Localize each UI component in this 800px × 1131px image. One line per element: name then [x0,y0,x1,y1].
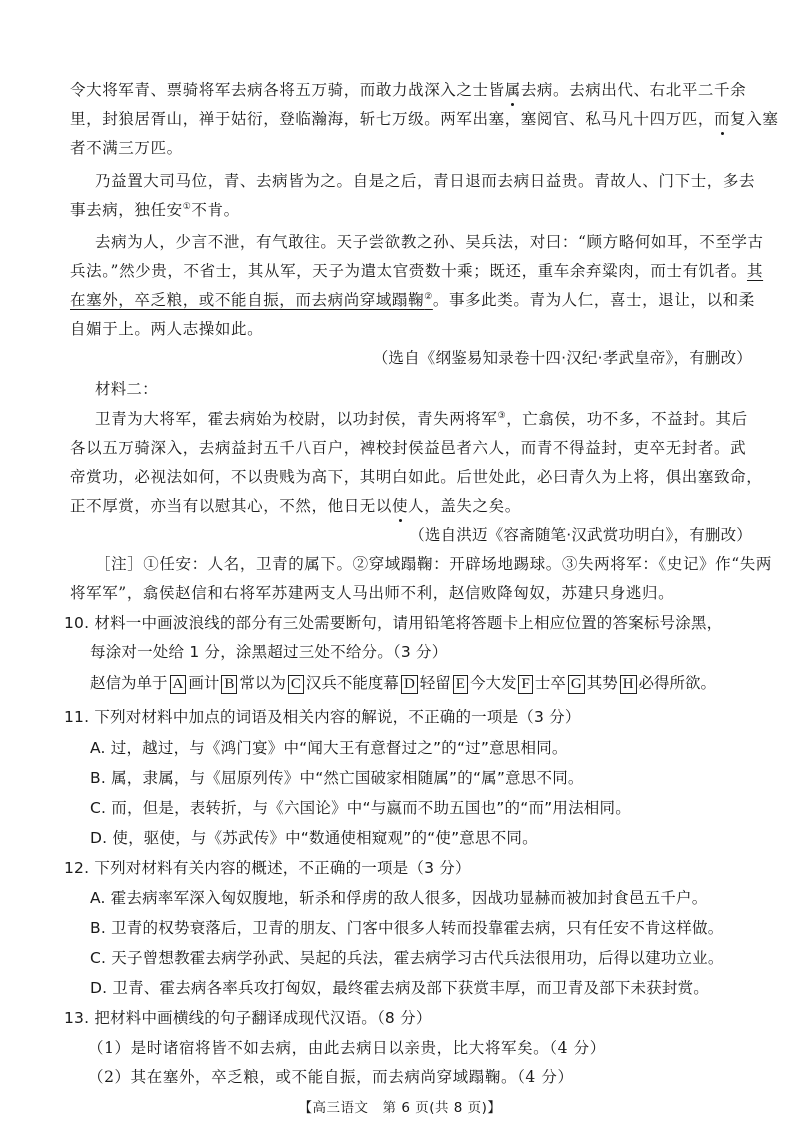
question-11-option-b[interactable]: B. 属，隶属，与《屈原列传》中“然亡国破家相随属”的“属”意思不同。 [90,767,760,789]
break-option-c[interactable]: C [288,675,304,694]
text-segment: 去病。去病出代、右北平二千余 [521,81,746,99]
dotted-word-shi: 使 [392,495,408,517]
text-segment: 人，盖失之矣。 [408,497,521,515]
text-segment: 事去病，独任安 [70,201,183,219]
text-segment: 画计 [188,674,219,692]
text-segment: 汉兵不能度幕 [306,674,399,692]
question-11-option-a[interactable]: A. 过，越过，与《鸿门宴》中“闻大王有意督过之”的“过”意思相同。 [90,737,760,759]
text-segment: 里，封狼居胥山，禅于姑衍，登临瀚海，斩七万级。两军出塞，塞阅官、私马凡十四万匹， [70,110,714,128]
text-segment: 复入塞 [730,110,778,128]
break-option-f[interactable]: F [518,675,532,694]
break-option-e[interactable]: E [453,675,468,694]
text-segment: 赵信为单于 [90,674,168,692]
text-segment: 兵法。”然少贵，不省士，其从军，天子为遣太官赍数十乘；既还，重车余弃粱肉，而士有… [70,262,747,280]
material-one-p3-line3: 在塞外，卒乏粮，或不能自振，而去病尚穿域蹋鞠②。事多此类。青为人仁，喜士，退让，… [70,289,750,311]
text-segment: 士卒 [535,674,566,692]
material-two-source: （选自洪迈《容斋随笔·汉武赏功明白》，有删改） [409,524,752,546]
material-one-p3-line1: 去病为人，少言不泄，有气敢往。天子尝欲教之孙、吴兵法，对曰：“顾方略何如耳，不至… [95,231,755,253]
text-segment: 必得所欲。 [639,674,717,692]
text-segment: 常以为 [239,674,286,692]
underlined-sentence-start: 其 [747,262,763,280]
break-option-a[interactable]: A [170,675,187,694]
question-12-stem: 12. 下列对材料有关内容的概述，不正确的一项是（3 分） [64,857,744,879]
text-segment: 令大将军青、票骑将军去病各将五万骑，而敢力战深入之士皆 [70,81,505,99]
material-one-source: （选自《纲鉴易知录卷十四·汉纪·孝武皇帝》，有删改） [373,347,752,369]
material-two-line3: 帝赏功，必视法如何，不以贵贱为高下，其明白如此。后世处此，必曰青久为上将，俱出塞… [70,466,750,488]
material-one-p3-line4: 自媚于上。两人志操如此。 [70,318,750,340]
material-two-heading: 材料二： [95,378,755,400]
material-one-p1-line2: 里，封狼居胥山，禅于姑衍，登临瀚海，斩七万级。两军出塞，塞阅官、私马凡十四万匹，… [70,108,750,130]
footnote-marker-2: ② [424,292,433,302]
question-10-sentence: 赵信为单于A画计B常以为C汉兵不能度幕D轻留E今大发F士卒G其势H必得所欲。 [90,672,760,694]
break-option-b[interactable]: B [221,675,237,694]
question-13-stem: 13. 把材料中画横线的句子翻译成现代汉语。（8 分） [64,1007,744,1029]
question-12-option-a[interactable]: A. 霍去病率军深入匈奴腹地，斩杀和俘虏的敌人很多，因战功显赫而被加封食邑五千户… [90,887,760,909]
question-10-stem-line2: 每涂对一处给 1 分，涂黑超过三处不给分。（3 分） [90,641,760,663]
underlined-sentence: 在塞外，卒乏粮，或不能自振，而去病尚穿域蹋鞠② [70,291,433,309]
question-12-option-c[interactable]: C. 天子曾想教霍去病学孙武、吴起的兵法，霍去病学习古代兵法很用功，后得以建功立… [90,947,760,969]
material-one-p1-line3: 者不满三万匹。 [70,137,750,159]
text-segment: 。事多此类。青为人仁，喜士，退让，以和柔 [433,291,755,309]
text-segment: 正不厚赏，亦当有以慰其心，不然，他日无以 [70,497,392,515]
material-two-line1: 卫青为大将军，霍去病始为校尉，以功封侯，青失两将军③，亡翕侯，功不多，不益封。其… [95,408,755,430]
material-two-line4: 正不厚赏，亦当有以慰其心，不然，他日无以使人，盖失之矣。 [70,495,750,517]
break-option-g[interactable]: G [568,675,585,694]
question-11-option-c[interactable]: C. 而，但是，表转折，与《六国论》中“与嬴而不助五国也”的“而”用法相同。 [90,797,760,819]
question-13-sentence-2: （2）其在塞外，卒乏粮，或不能自振，而去病尚穿域蹋鞠。（4 分） [88,1066,768,1088]
text-segment: 轻留 [420,674,451,692]
question-13-sentence-1: （1）是时诸宿将皆不如去病，由此去病日以亲贵，比大将军矣。（4 分） [88,1037,768,1059]
dotted-word-shu: 属 [505,79,521,101]
footnote-marker-3: ③ [498,411,507,421]
notes-line1: ［注］①任安：人名，卫青的属下。②穿域蹋鞠：开辟场地踢球。③失两将军：《史记》作… [95,553,755,575]
material-one-p2-line2: 事去病，独任安①不肯。 [70,199,750,221]
page-footer: 【高三语文 第 6 页(共 8 页)】 [0,1096,800,1116]
question-12-option-d[interactable]: D. 卫青、霍去病各率兵攻打匈奴，最终霍去病及部下获赏丰厚，而卫青及部下未获封赏… [90,977,760,999]
text-segment: 其势 [587,674,618,692]
question-10-stem-line1: 10. 材料一中画波浪线的部分有三处需要断句，请用铅笔将答题卡上相应位置的答案标… [64,612,744,634]
notes-line2: 将军军”，翕侯赵信和右将军苏建两支人马出师不利，赵信败降匈奴，苏建只身逃归。 [70,582,750,604]
question-12-option-b[interactable]: B. 卫青的权势衰落后，卫青的朋友、门客中很多人转而投靠霍去病，只有任安不肯这样… [90,917,760,939]
exam-page: 令大将军青、票骑将军去病各将五万骑，而敢力战深入之士皆属去病。去病出代、右北平二… [0,0,800,1131]
material-one-p1-line1: 令大将军青、票骑将军去病各将五万骑，而敢力战深入之士皆属去病。去病出代、右北平二… [70,79,750,101]
question-11-stem: 11. 下列对材料中加点的词语及相关内容的解说，不正确的一项是（3 分） [64,706,744,728]
material-one-p3-line2: 兵法。”然少贵，不省士，其从军，天子为遣太官赍数十乘；既还，重车余弃粱肉，而士有… [70,260,750,282]
break-option-d[interactable]: D [401,675,418,694]
material-two-line2: 各以五万骑深入，去病益封五千八百户，裨校封侯益邑者六人，而青不得益封，吏卒无封者… [70,437,750,459]
break-option-h[interactable]: H [620,675,637,694]
text-segment: 卫青为大将军，霍去病始为校尉，以功封侯，青失两将军 [95,410,498,428]
material-one-p2-line1: 乃益置大司马位，青、去病皆为之。自是之后，青日退而去病日益贵。青故人、门下士，多… [95,170,755,192]
text-segment: ，亡翕侯，功不多，不益封。其后 [506,410,748,428]
question-11-option-d[interactable]: D. 使，驱使，与《苏武传》中“数通使相窥观”的“使”意思不同。 [90,827,760,849]
text-segment: 不肯。 [191,201,239,219]
text-segment: 在塞外，卒乏粮，或不能自振，而去病尚穿域蹋鞠 [70,291,424,309]
text-segment: 今大发 [470,674,517,692]
dotted-word-er: 而 [714,108,730,130]
